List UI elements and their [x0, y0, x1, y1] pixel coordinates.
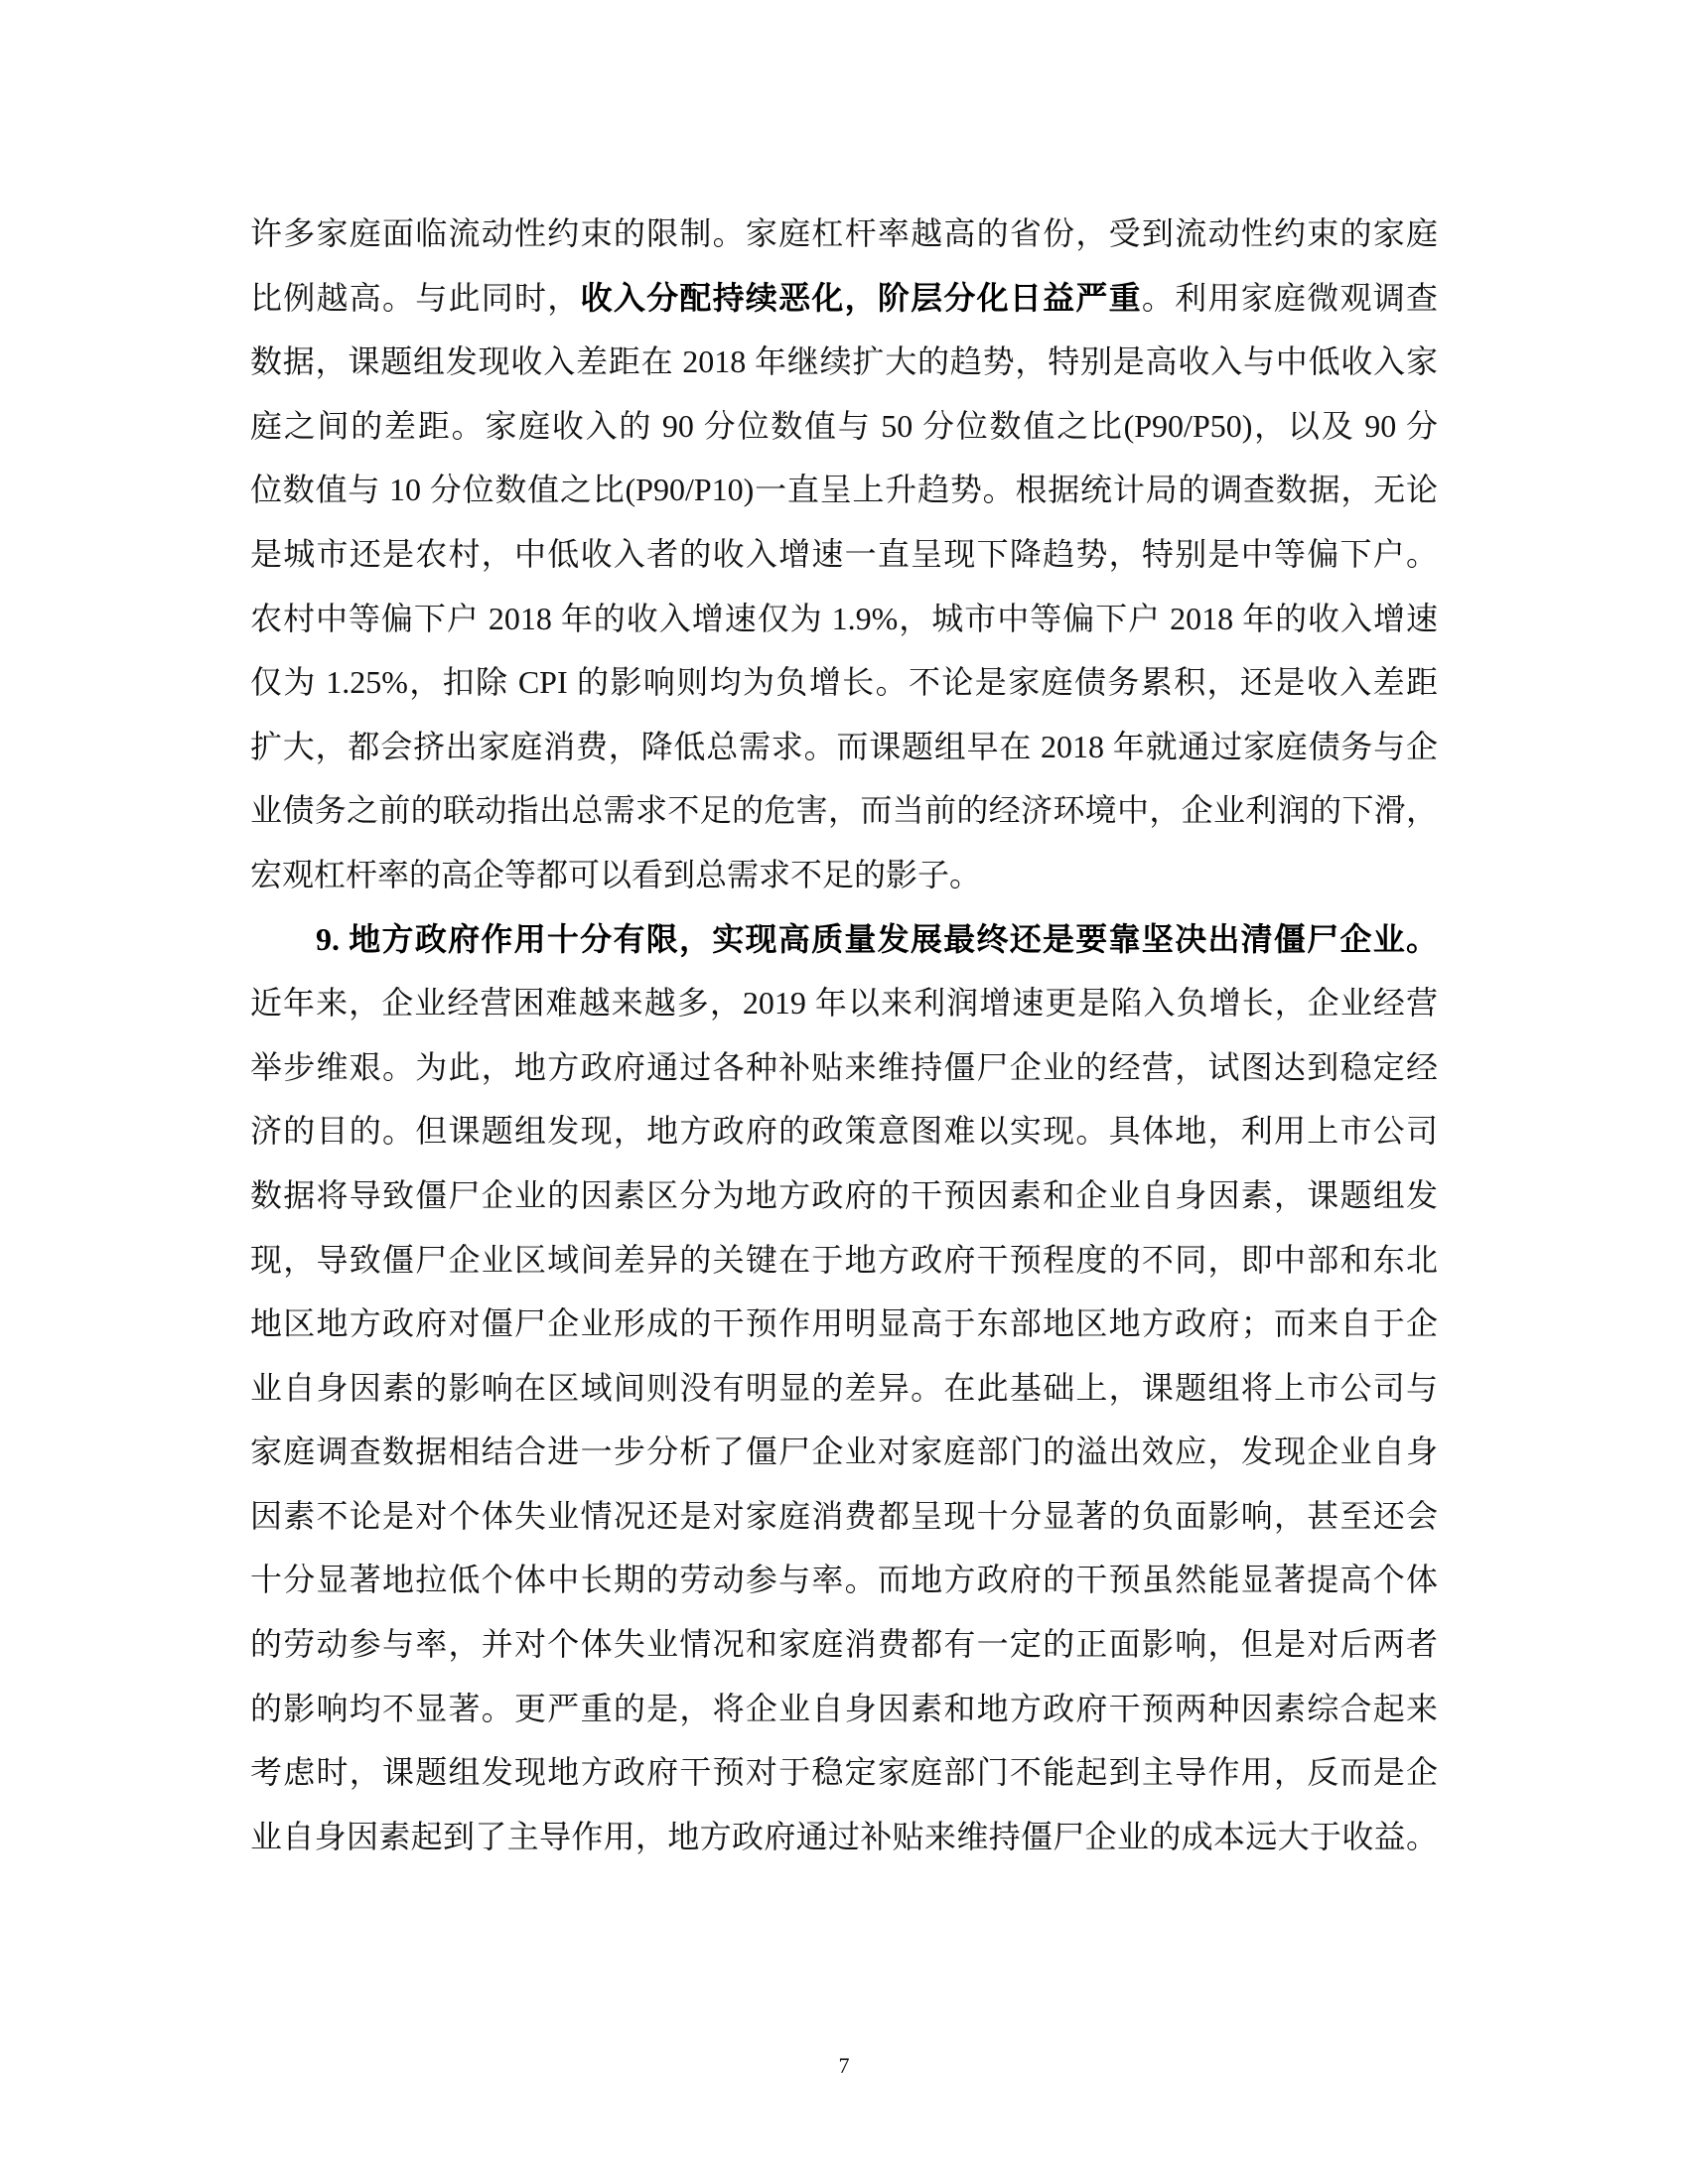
bold-emphasis: 收入分配持续恶化，阶层分化日益严重: [581, 280, 1142, 316]
text-segment: 比例越高。与此同时，: [250, 280, 581, 316]
text-line: 家庭调查数据相结合进一步分析了僵尸企业对家庭部门的溢出效应，发现企业自身: [250, 1420, 1438, 1484]
text-line: 地区地方政府对僵尸企业形成的干预作用明显高于东部地区地方政府；而来自于企: [250, 1292, 1438, 1356]
text-line: 举步维艰。为此，地方政府通过各种补贴来维持僵尸企业的经营，试图达到稳定经: [250, 1035, 1438, 1100]
text-line: 农村中等偏下户 2018 年的收入增速仅为 1.9%，城市中等偏下户 2018 …: [250, 587, 1438, 651]
text-line: 因素不论是对个体失业情况还是对家庭消费都呈现十分显著的负面影响，甚至还会: [250, 1484, 1438, 1549]
text-line: 数据将导致僵尸企业的因素区分为地方政府的干预因素和企业自身因素，课题组发: [250, 1163, 1438, 1228]
text-line: 业自身因素的影响在区域间则没有明显的差异。在此基础上，课题组将上市公司与: [250, 1356, 1438, 1421]
text-line: 数据，课题组发现收入差距在 2018 年继续扩大的趋势，特别是高收入与中低收入家: [250, 330, 1438, 394]
text-line: 的劳动参与率，并对个体失业情况和家庭消费都有一定的正面影响，但是对后两者: [250, 1612, 1438, 1677]
document-page: 许多家庭面临流动性约束的限制。家庭杠杆率越高的省份，受到流动性约束的家庭 比例越…: [0, 0, 1688, 2184]
text-line: 的影响均不显著。更严重的是，将企业自身因素和地方政府干预两种因素综合起来: [250, 1677, 1438, 1741]
paragraph-local-government: 9. 地方政府作用十分有限，实现高质量发展最终还是要靠坚决出清僵尸企业。 近年来…: [250, 907, 1438, 1869]
text-column: 许多家庭面临流动性约束的限制。家庭杠杆率越高的省份，受到流动性约束的家庭 比例越…: [250, 202, 1438, 1868]
page-number: 7: [0, 2053, 1688, 2079]
text-line: 比例越高。与此同时，收入分配持续恶化，阶层分化日益严重。利用家庭微观调查: [250, 266, 1438, 331]
text-line: 是城市还是农村，中低收入者的收入增速一直呈现下降趋势，特别是中等偏下户。: [250, 522, 1438, 587]
text-segment: 。利用家庭微观调查: [1142, 280, 1438, 316]
text-line: 业自身因素起到了主导作用，地方政府通过补贴来维持僵尸企业的成本远大于收益。: [250, 1805, 1438, 1869]
text-line: 现，导致僵尸企业区域间差异的关键在于地方政府干预程度的不同，即中部和东北: [250, 1228, 1438, 1293]
text-line: 位数值与 10 分位数值之比(P90/P10)一直呈上升趋势。根据统计局的调查数…: [250, 458, 1438, 522]
text-line: 庭之间的差距。家庭收入的 90 分位数值与 50 分位数值之比(P90/P50)…: [250, 394, 1438, 459]
text-line: 仅为 1.25%，扣除 CPI 的影响则均为负增长。不论是家庭债务累积，还是收入…: [250, 650, 1438, 715]
text-line: 扩大，都会挤出家庭消费，降低总需求。而课题组早在 2018 年就通过家庭债务与企: [250, 715, 1438, 779]
paragraph-household-income: 许多家庭面临流动性约束的限制。家庭杠杆率越高的省份，受到流动性约束的家庭 比例越…: [250, 202, 1438, 907]
text-line: 济的目的。但课题组发现，地方政府的政策意图难以实现。具体地，利用上市公司: [250, 1099, 1438, 1163]
section-heading: 9. 地方政府作用十分有限，实现高质量发展最终还是要靠坚决出清僵尸企业。: [250, 907, 1438, 972]
text-line: 宏观杠杆率的高企等都可以看到总需求不足的影子。: [250, 843, 1438, 907]
text-line: 考虑时，课题组发现地方政府干预对于稳定家庭部门不能起到主导作用，反而是企: [250, 1740, 1438, 1805]
text-line: 许多家庭面临流动性约束的限制。家庭杠杆率越高的省份，受到流动性约束的家庭: [250, 202, 1438, 266]
text-line: 近年来，企业经营困难越来越多，2019 年以来利润增速更是陷入负增长，企业经营: [250, 971, 1438, 1035]
text-line: 十分显著地拉低个体中长期的劳动参与率。而地方政府的干预虽然能显著提高个体: [250, 1548, 1438, 1612]
text-line: 业债务之前的联动指出总需求不足的危害，而当前的经济环境中，企业利润的下滑，: [250, 778, 1438, 843]
